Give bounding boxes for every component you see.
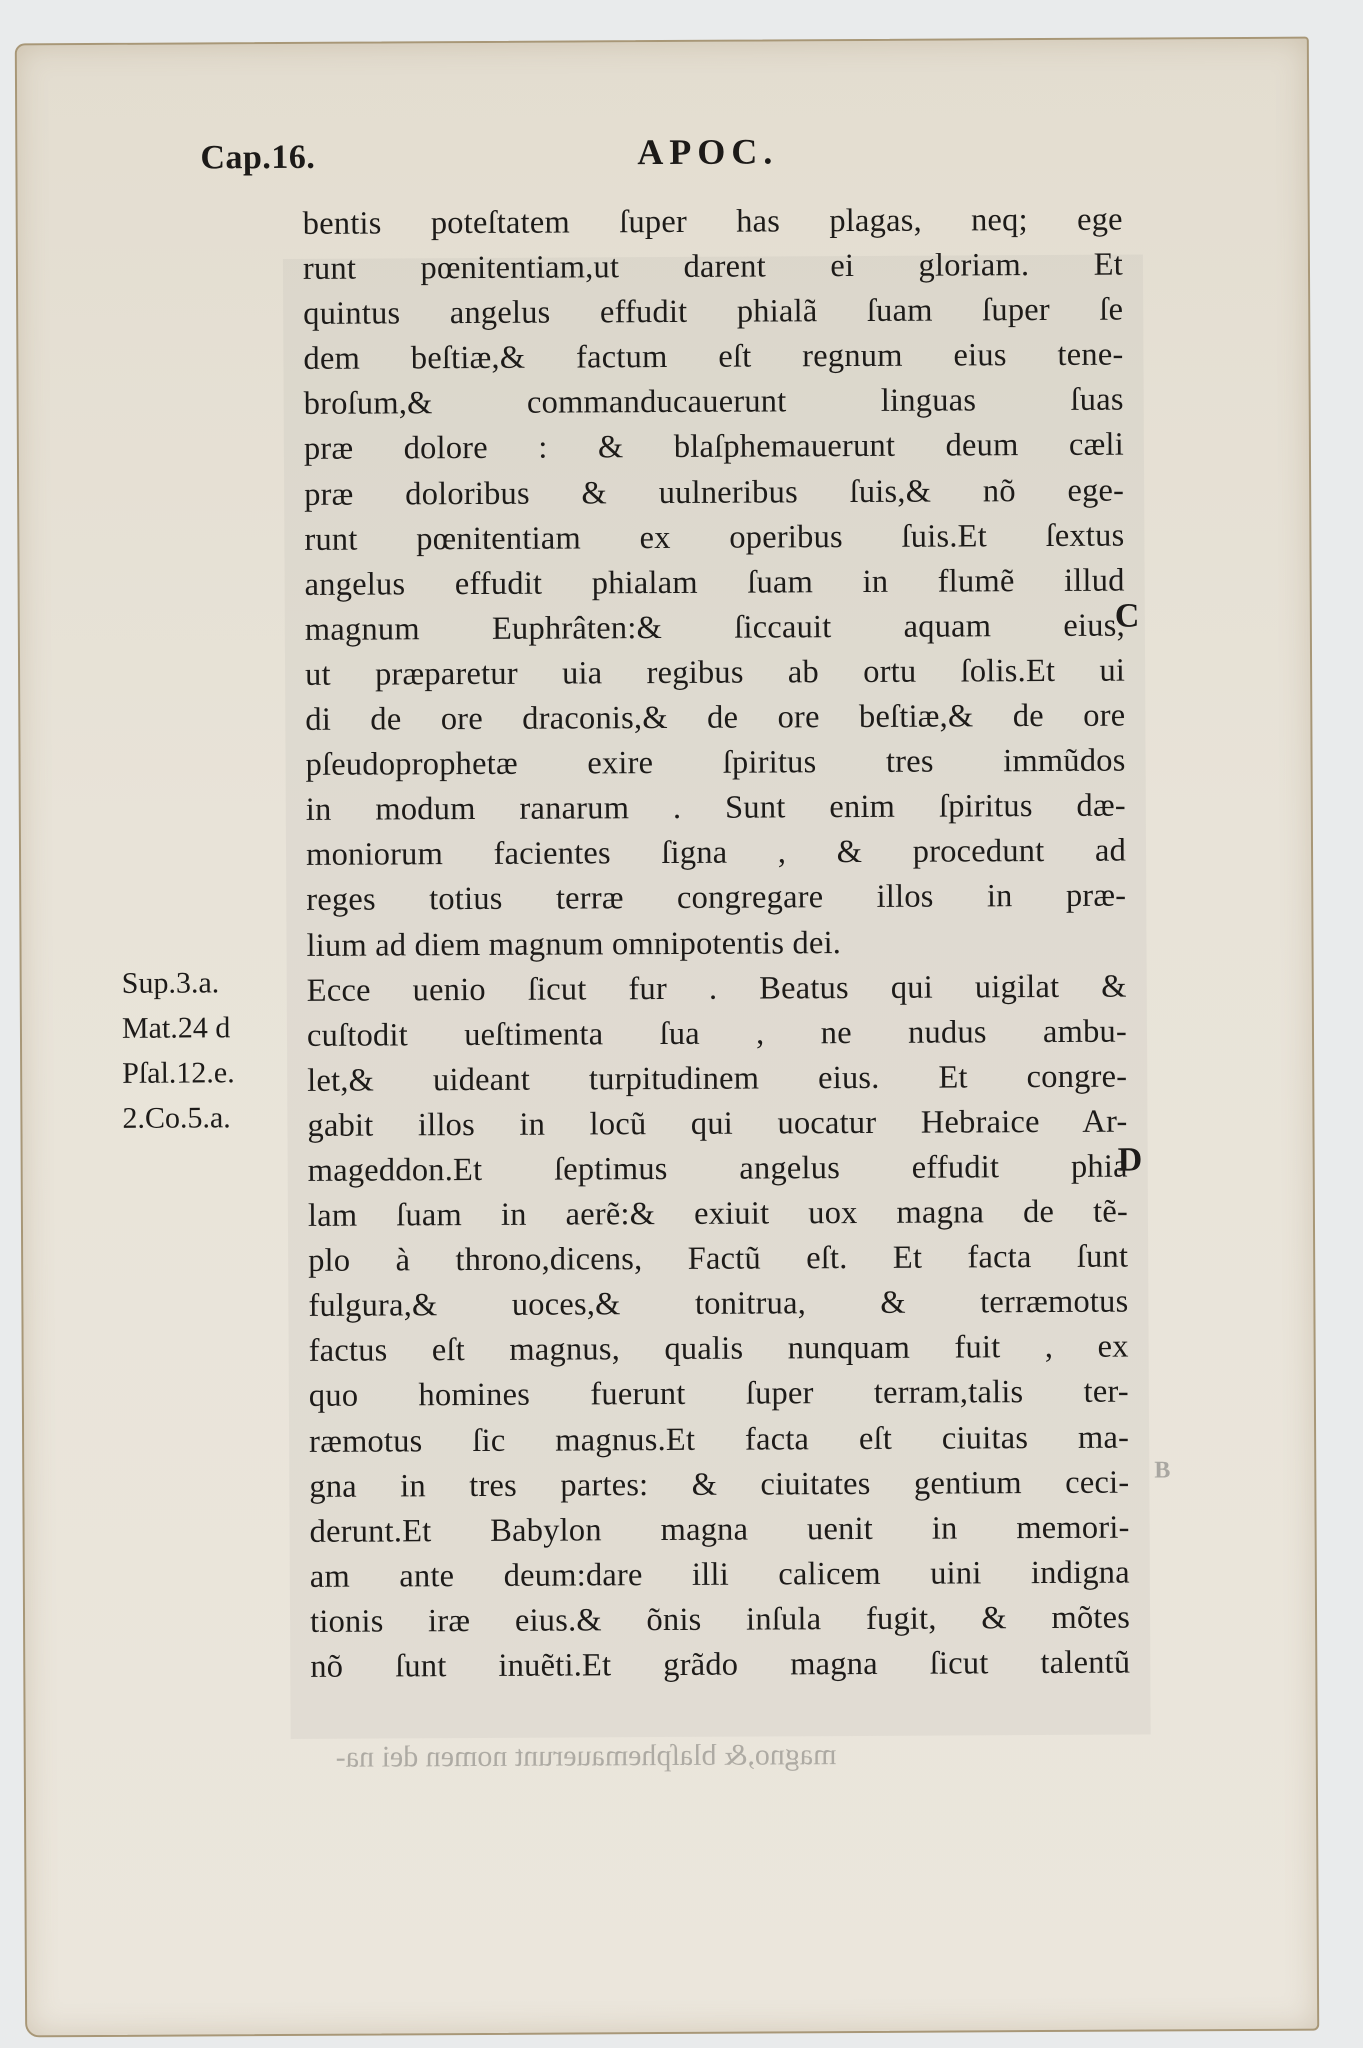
text-line: am ante deum:dare illi calicem uini indi… <box>310 1550 1130 1599</box>
text-line: lium ad diem magnum omnipotentis dei. <box>306 919 1126 968</box>
body-text: bentis poteſtatem ſuper has plagas, neq;… <box>303 198 1131 1690</box>
section-letter-d: D <box>1118 1142 1143 1180</box>
text-line: moniorum facientes ſigna , & procedunt a… <box>306 829 1126 878</box>
text-line: gna in tres partes: & ciuitates gentium … <box>309 1460 1129 1509</box>
text-line: let,& uideant turpitudinem eius. Et cong… <box>307 1054 1127 1103</box>
page-header: Cap.16. APOC. <box>17 134 1307 201</box>
text-line: Ecce uenio ſicut fur . Beatus qui uigila… <box>307 964 1127 1013</box>
text-line: ut præparetur uia regibus ab ortu ſolis.… <box>305 649 1125 698</box>
chapter-label: Cap.16. <box>200 139 315 178</box>
text-line: runt pœnitentiam ex operibus ſuis.Et ſex… <box>304 513 1124 562</box>
text-line: fulgura,& uoces,& tonitrua, & terræmotus <box>308 1280 1128 1329</box>
text-line: di de ore draconis,& de ore beſtiæ,& de … <box>305 694 1125 743</box>
text-line: ræmotus ſic magnus.Et facta eſt ciuitas … <box>309 1415 1129 1464</box>
text-line: quintus angelus effudit phialã ſuam ſupe… <box>303 288 1123 337</box>
text-line: tionis iræ eius.& õnis inſula fugit, & m… <box>310 1595 1130 1644</box>
text-line: dem beſtiæ,& factum eſt regnum eius tene… <box>303 333 1123 382</box>
text-line: pſeudoprophetæ exire ſpiritus tres immũd… <box>305 739 1125 788</box>
text-line: gabit illos in locũ qui uocatur Hebraice… <box>307 1099 1127 1148</box>
section-letter-c: C <box>1115 598 1140 636</box>
section-letter-ghost-b: B <box>1154 1457 1170 1484</box>
text-line: nõ ſunt inuẽti.Et grãdo magna ſicut tale… <box>310 1641 1130 1690</box>
text-line: broſum,& commanducauerunt linguas ſuas <box>304 378 1124 427</box>
text-line: mageddon.Et ſeptimus angelus effudit phi… <box>308 1145 1128 1194</box>
text-line: in modum ranarum . Sunt enim ſpiritus dæ… <box>306 784 1126 833</box>
text-line: angelus effudit phialam ſuam in flumẽ il… <box>305 558 1125 607</box>
text-line: bentis poteſtatem ſuper has plagas, neq;… <box>303 198 1123 247</box>
margin-reference: 2.Co.5.a. <box>122 1101 231 1136</box>
text-line: lam ſuam in aerẽ:& exiuit uox magna de t… <box>308 1190 1128 1239</box>
text-line: reges totius terræ congregare illos in p… <box>306 874 1126 923</box>
margin-reference: Sup.3.a. <box>122 966 220 1001</box>
margin-reference: Mat.24 d <box>122 1011 231 1046</box>
text-line: magnum Euphrâten:& ſiccauit aquam eius, <box>305 603 1125 652</box>
text-line: runt pœnitentiam,ut darent ei gloriam. E… <box>303 243 1123 292</box>
text-line: præ dolore : & blaſphemauerunt deum cæli <box>304 423 1124 472</box>
text-line: cuſtodit ueſtimenta ſua , ne nudus ambu- <box>307 1009 1127 1058</box>
margin-reference: Pſal.12.e. <box>122 1056 235 1091</box>
text-line: derunt.Et Babylon magna uenit in memori- <box>309 1505 1129 1554</box>
running-title: APOC. <box>637 130 778 173</box>
text-line: factus eſt magnus, qualis nunquam fuit ,… <box>309 1325 1129 1374</box>
showthrough-text: magno,& blaſphemauerunt nomen dei na- <box>336 1738 837 1775</box>
text-line: plo à throno,dicens, Factũ eſt. Et facta… <box>308 1235 1128 1284</box>
text-line: præ doloribus & uulneribus ſuis,& nõ ege… <box>304 468 1124 517</box>
text-line: quo homines fuerunt ſuper terram,talis t… <box>309 1370 1129 1419</box>
book-page: Cap.16. APOC. bentis poteſtatem ſuper ha… <box>15 37 1319 2038</box>
